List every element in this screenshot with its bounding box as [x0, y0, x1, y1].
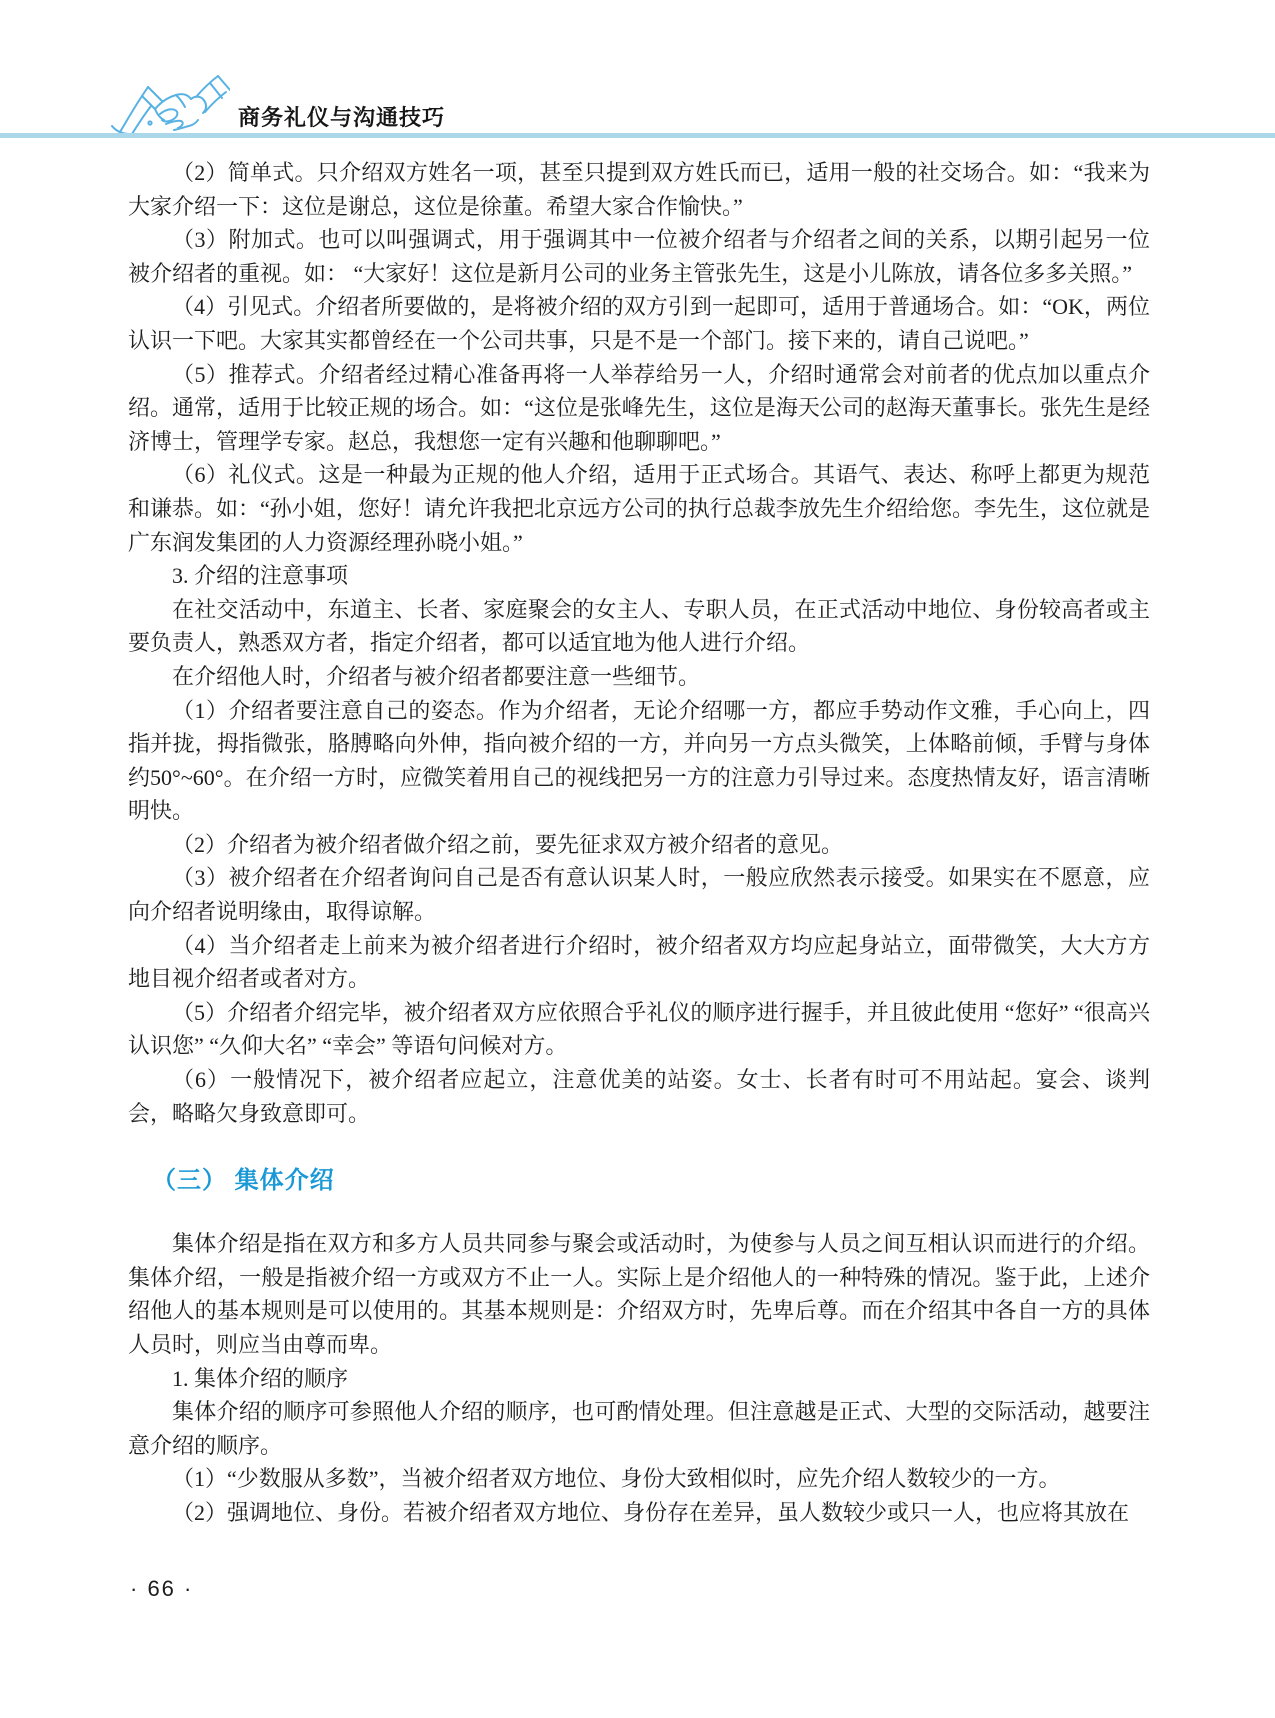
paragraph: （3）附加式。也可以叫强调式，用于强调其中一位被介绍者与介绍者之间的关系，以期引…: [128, 223, 1150, 290]
paragraph: 在社交活动中，东道主、长者、家庭聚会的女主人、专职人员，在正式活动中地位、身份较…: [128, 593, 1150, 660]
paragraph: （2）简单式。只介绍双方姓名一项，甚至只提到双方姓氏而已，适用一般的社交场合。如…: [128, 156, 1150, 223]
paragraph: （1）介绍者要注意自己的姿态。作为介绍者，无论介绍哪一方，都应手势动作文雅，手心…: [128, 694, 1150, 828]
page-body: （2）简单式。只介绍双方姓名一项，甚至只提到双方姓氏而已，适用一般的社交场合。如…: [128, 156, 1150, 1530]
paragraph: （2）介绍者为被介绍者做介绍之前，要先征求双方被介绍者的意见。: [128, 828, 1150, 862]
paragraph: 集体介绍是指在双方和多方人员共同参与聚会或活动时，为使参与人员之间互相认识而进行…: [128, 1227, 1150, 1361]
numbered-subhead: 1. 集体介绍的顺序: [128, 1362, 1150, 1396]
paragraph: 集体介绍的顺序可参照他人介绍的顺序，也可酌情处理。但注意越是正式、大型的交际活动…: [128, 1395, 1150, 1462]
numbered-subhead: 3. 介绍的注意事项: [128, 559, 1150, 593]
running-head-title: 商务礼仪与沟通技巧: [238, 101, 445, 132]
paragraph: （5）推荐式。介绍者经过精心准备再将一人举荐给另一人，介绍时通常会对前者的优点加…: [128, 358, 1150, 459]
paragraph: （3）被介绍者在介绍者询问自己是否有意认识某人时，一般应欣然表示接受。如果实在不…: [128, 861, 1150, 928]
paragraph: （6）礼仪式。这是一种最为正规的他人介绍，适用于正式场合。其语气、表达、称呼上都…: [128, 458, 1150, 559]
paragraph: （5）介绍者介绍完毕，被介绍者双方应依照合乎礼仪的顺序进行握手，并且彼此使用 “…: [128, 996, 1150, 1063]
section-heading: （三） 集体介绍: [128, 1160, 1150, 1195]
header-rule: [0, 133, 1275, 138]
paragraph: （4）当介绍者走上前来为被介绍者进行介绍时，被介绍者双方均应起身站立，面带微笑，…: [128, 929, 1150, 996]
paragraph: （2）强调地位、身份。若被介绍者双方地位、身份存在差异，虽人数较少或只一人，也应…: [128, 1496, 1150, 1530]
page-number: · 66 ·: [130, 1576, 193, 1602]
handshake-icon: [106, 68, 230, 136]
paragraph: （6）一般情况下，被介绍者应起立，注意优美的站姿。女士、长者有时可不用站起。宴会…: [128, 1063, 1150, 1130]
paragraph: （4）引见式。介绍者所要做的，是将被介绍的双方引到一起即可，适用于普通场合。如：…: [128, 290, 1150, 357]
paragraph: （1）“少数服从多数”，当被介绍者双方地位、身份大致相似时，应先介绍人数较少的一…: [128, 1462, 1150, 1496]
paragraph: 在介绍他人时，介绍者与被介绍者都要注意一些细节。: [128, 660, 1150, 694]
book-page: 商务礼仪与沟通技巧 （2）简单式。只介绍双方姓名一项，甚至只提到双方姓氏而已，适…: [0, 0, 1275, 1718]
